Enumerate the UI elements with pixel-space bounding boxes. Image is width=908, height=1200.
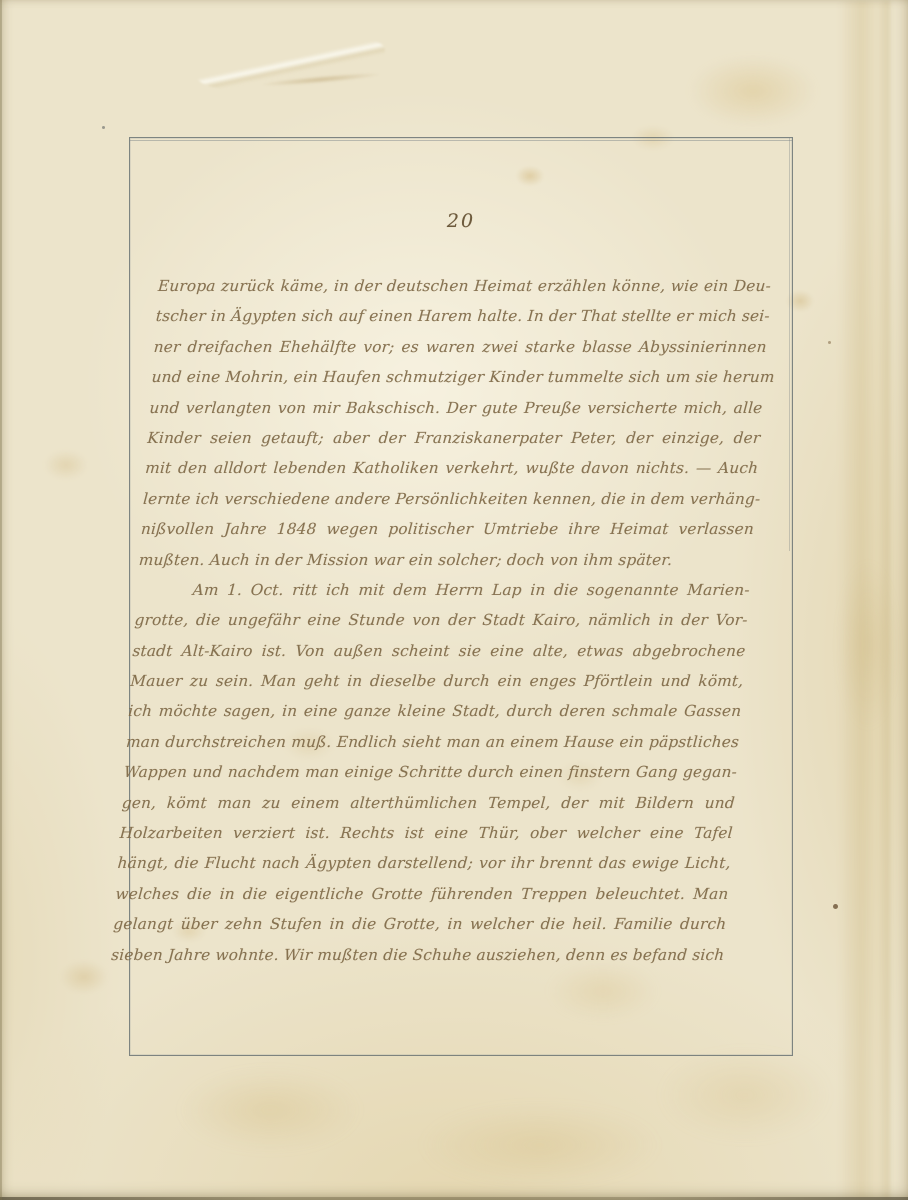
handwritten-line: und verlangten von mir Bakschisch. Der g… [148, 393, 763, 423]
foxing-spot [60, 960, 108, 994]
manuscript-text: Europa zurück käme, in der deutschen Hei… [110, 271, 772, 970]
handwritten-line: Wappen und nachdem man einige Schritte d… [123, 757, 738, 787]
manuscript-scan: 20 Europa zurück käme, in der deutschen … [0, 0, 908, 1200]
ink-speck [828, 341, 831, 344]
foxing-spot [44, 450, 88, 480]
foxing-spot [180, 1070, 360, 1150]
ink-speck [833, 904, 838, 909]
foxing-spot [838, 560, 898, 730]
ruled-border-frame: 20 Europa zurück käme, in der deutschen … [129, 137, 793, 1056]
handwritten-line: ich möchte sagen, in eine ganze kleine S… [127, 696, 742, 726]
handwritten-line: mußten. Auch in der Mission war ein solc… [138, 545, 753, 575]
handwritten-line: welches die in die eigentliche Grotte fü… [114, 879, 729, 909]
handwritten-line: tscher in Ägypten sich auf einen Harem h… [155, 301, 770, 331]
handwritten-line: sieben Jahre wohnte. Wir mußten die Schu… [110, 940, 725, 970]
handwritten-line: gen, kömt man zu einem alterthümlichen T… [121, 788, 736, 818]
page-number: 20 [130, 210, 792, 232]
paper-crease [194, 31, 388, 100]
handwritten-line: gelangt über zehn Stufen in die Grotte, … [112, 909, 727, 939]
handwritten-line: lernte ich verschiedene andere Persönlic… [142, 484, 757, 514]
scan-left-edge [0, 0, 2, 1200]
handwritten-line: Europa zurück käme, in der deutschen Hei… [157, 271, 772, 301]
handwritten-line: ner dreifachen Ehehälfte vor; es waren z… [153, 332, 768, 362]
handwritten-line: Kinder seien getauft; aber der Franziska… [146, 423, 761, 453]
handwritten-line: nißvollen Jahre 1848 wegen politischer U… [140, 514, 755, 544]
handwritten-line: und eine Mohrin, ein Haufen schmutziger … [150, 362, 765, 392]
handwritten-line: mit den alldort lebenden Katholiken verk… [144, 453, 759, 483]
page-edge-band [838, 0, 890, 1200]
foxing-spot [660, 1050, 830, 1140]
ink-speck [102, 126, 105, 129]
handwritten-line: grotte, die ungefähr eine Stunde von der… [133, 605, 748, 635]
foxing-spot [420, 1105, 660, 1185]
handwritten-line: Mauer zu sein. Man geht in dieselbe durc… [129, 666, 744, 696]
handwritten-line: Am 1. Oct. ritt ich mit dem Herrn Lap in… [136, 575, 751, 605]
handwritten-line: hängt, die Flucht nach Ägypten darstelle… [116, 848, 731, 878]
handwritten-line: stadt Alt-Kairo ist. Von außen scheint s… [131, 636, 746, 666]
foxing-spot [688, 55, 818, 127]
handwritten-line: man durchstreichen muß. Endlich sieht ma… [125, 727, 740, 757]
handwritten-line: Holzarbeiten verziert ist. Rechts ist ei… [119, 818, 734, 848]
